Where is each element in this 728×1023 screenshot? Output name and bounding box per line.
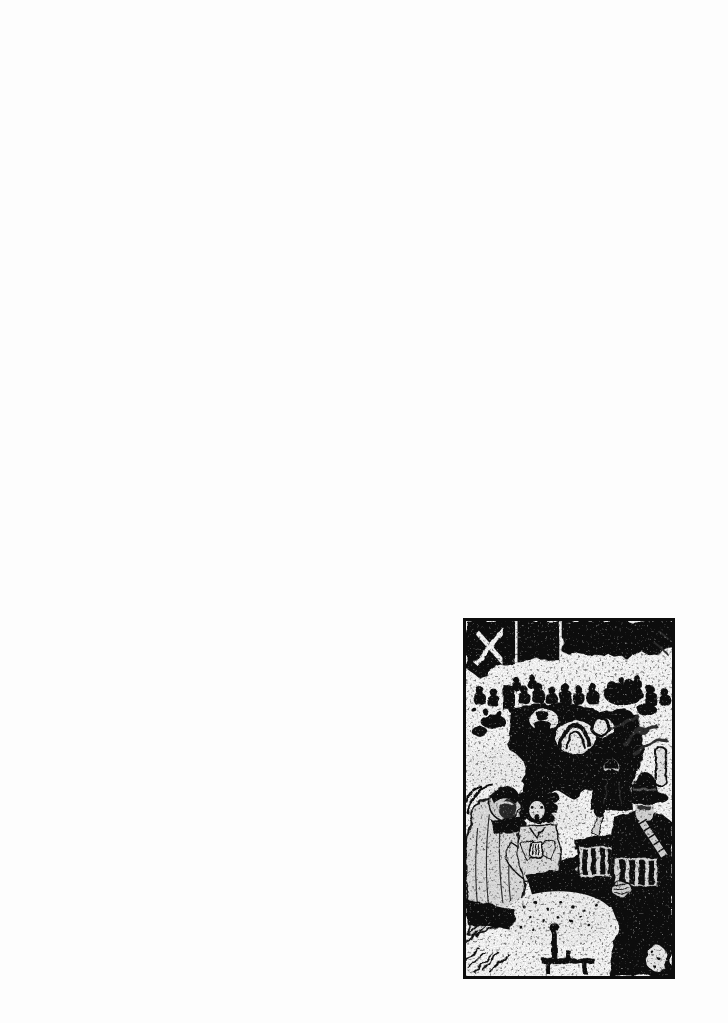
manga-panel	[463, 618, 675, 979]
scanned-page	[0, 0, 728, 1023]
panel-artwork	[466, 621, 672, 976]
scan-grain	[466, 621, 672, 976]
